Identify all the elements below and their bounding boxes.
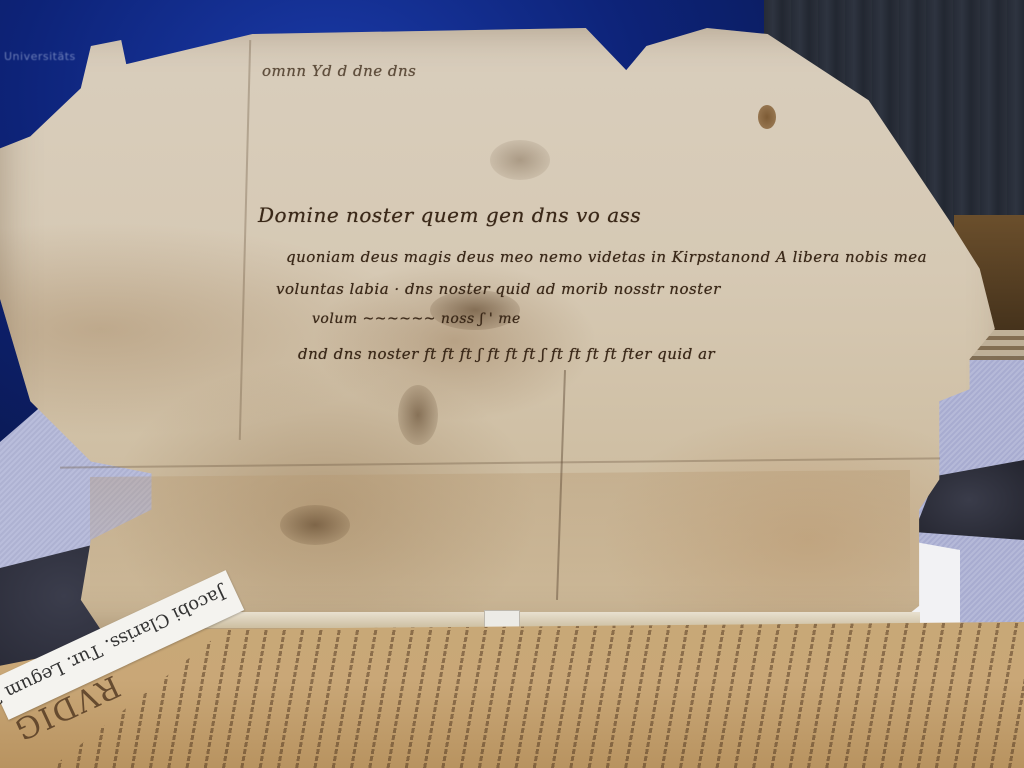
photo-scene: Universitäts omnn Yd d dne dns Domine no…	[0, 0, 1024, 768]
handwritten-line-3: voluntas labia · dns noster quid ad mori…	[276, 280, 721, 298]
handwritten-line-1: Domine noster quem gen dns vo ass	[258, 203, 641, 227]
banner-text: Universitäts	[4, 50, 76, 63]
ink-stain	[398, 385, 438, 445]
paper-hole	[758, 105, 776, 129]
handwritten-line-5: dnd dns noster ft ft ft ʃ ft ft ft ʃ ft …	[298, 345, 715, 363]
handwritten-line-4: volum ~~~~~~ noss ʃ ' me	[312, 311, 521, 327]
water-stain	[490, 140, 550, 180]
handwritten-header: omnn Yd d dne dns	[262, 62, 416, 80]
handwritten-line-2: quoniam deus magis deus meo nemo videtas…	[286, 248, 927, 266]
water-stain	[280, 505, 350, 545]
